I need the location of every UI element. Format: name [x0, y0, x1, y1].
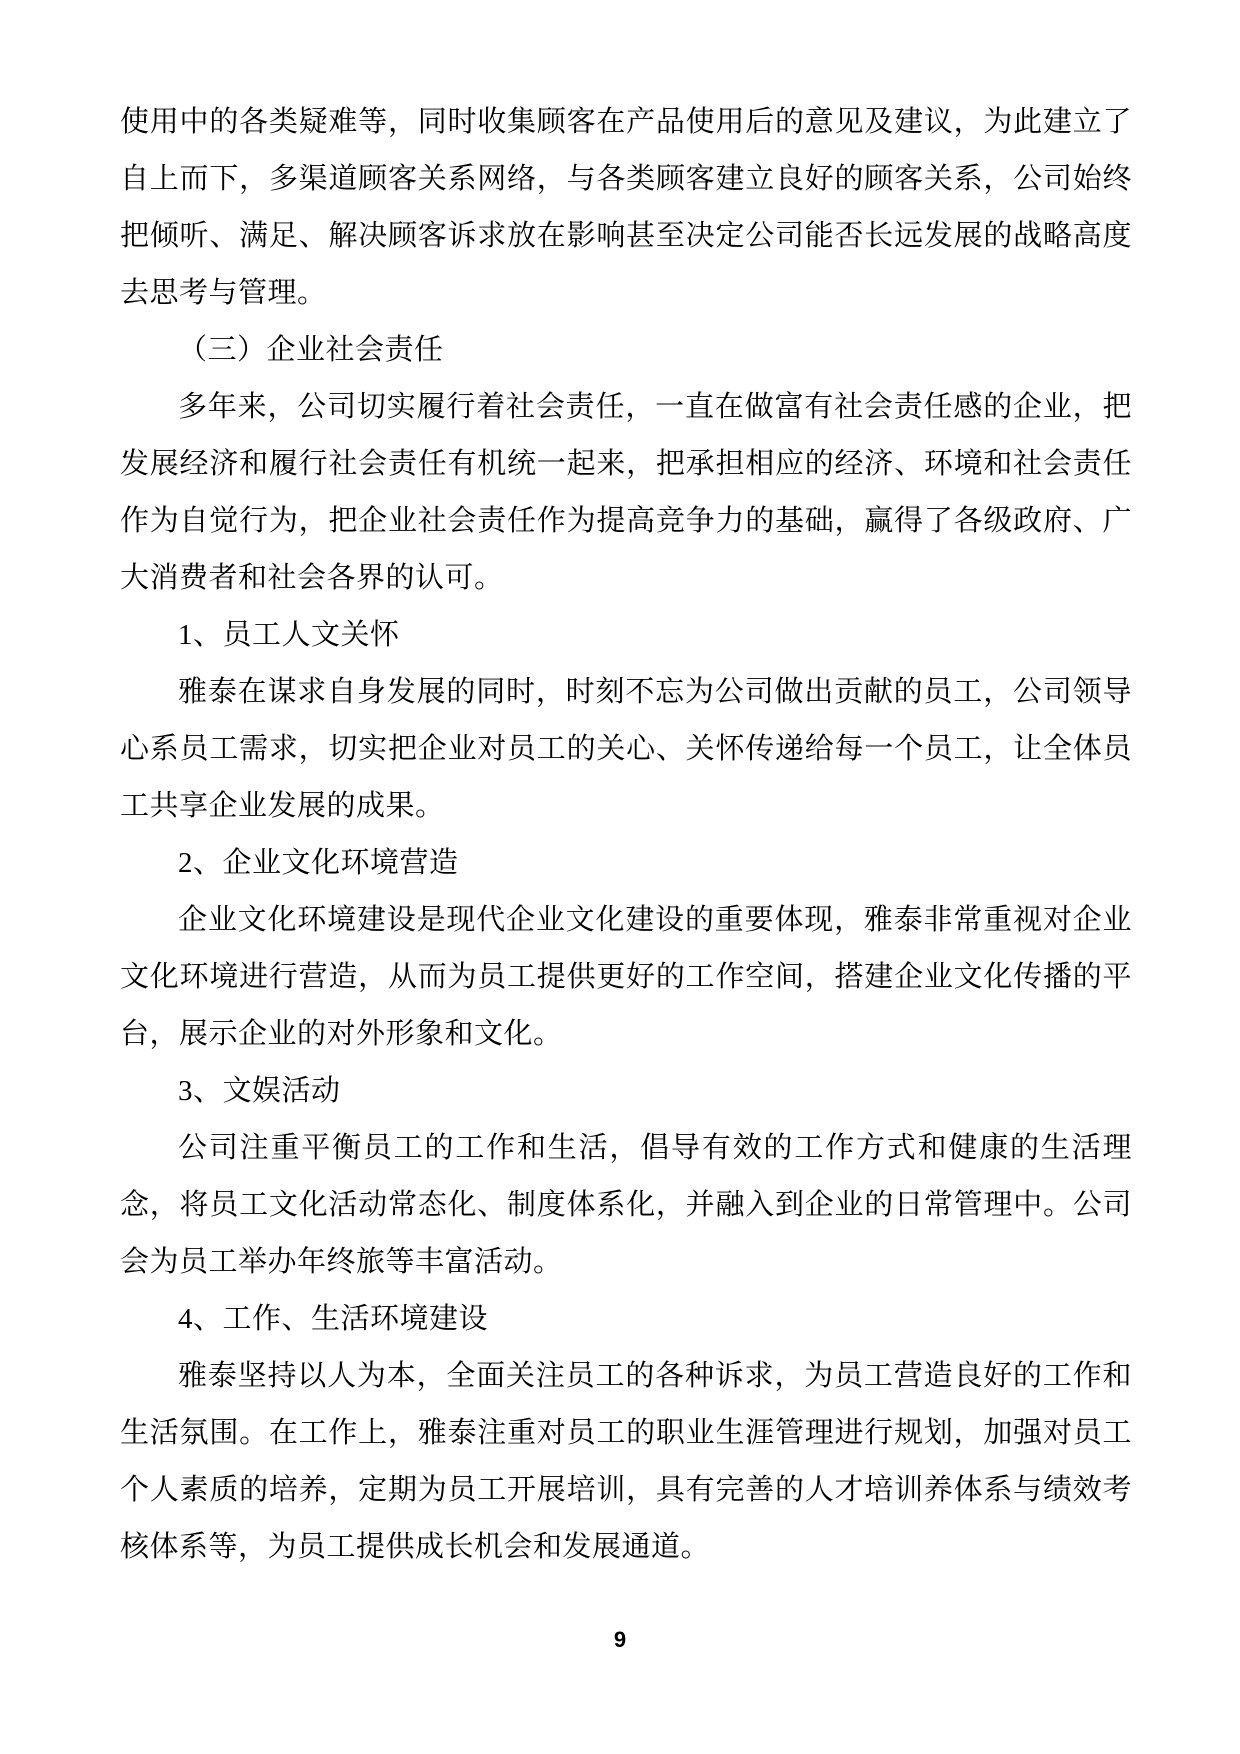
subheading-2-culture-environment: 2、企业文化环境营造	[120, 835, 1132, 892]
paragraph-csr-overview: 多年来，公司切实履行着社会责任，一直在做富有社会责任感的企业，把发展经济和履行社…	[120, 379, 1132, 607]
subheading-1-employee-care: 1、员工人文关怀	[120, 607, 1132, 664]
paragraph-employee-care: 雅泰在谋求自身发展的同时，时刻不忘为公司做出贡献的员工，公司领导心系员工需求，切…	[120, 664, 1132, 835]
document-body: 使用中的各类疑难等，同时收集顾客在产品使用后的意见及建议，为此建立了自上而下，多…	[120, 94, 1132, 1576]
heading-section-3-csr: （三）企业社会责任	[120, 322, 1132, 379]
subheading-3-recreational-activities: 3、文娱活动	[120, 1063, 1132, 1120]
document-page: 使用中的各类疑难等，同时收集顾客在产品使用后的意见及建议，为此建立了自上而下，多…	[0, 0, 1240, 1754]
subheading-4-work-life-environment: 4、工作、生活环境建设	[120, 1291, 1132, 1348]
paragraph-culture-environment: 企业文化环境建设是现代企业文化建设的重要体现，雅泰非常重视对企业文化环境进行营造…	[120, 892, 1132, 1063]
paragraph-recreational-activities: 公司注重平衡员工的工作和生活，倡导有效的工作方式和健康的生活理念，将员工文化活动…	[120, 1120, 1132, 1291]
paragraph-customer-relations-continuation: 使用中的各类疑难等，同时收集顾客在产品使用后的意见及建议，为此建立了自上而下，多…	[120, 94, 1132, 322]
page-number: 9	[0, 1625, 1240, 1655]
paragraph-work-life-environment: 雅泰坚持以人为本，全面关注员工的各种诉求，为员工营造良好的工作和生活氛围。在工作…	[120, 1348, 1132, 1576]
